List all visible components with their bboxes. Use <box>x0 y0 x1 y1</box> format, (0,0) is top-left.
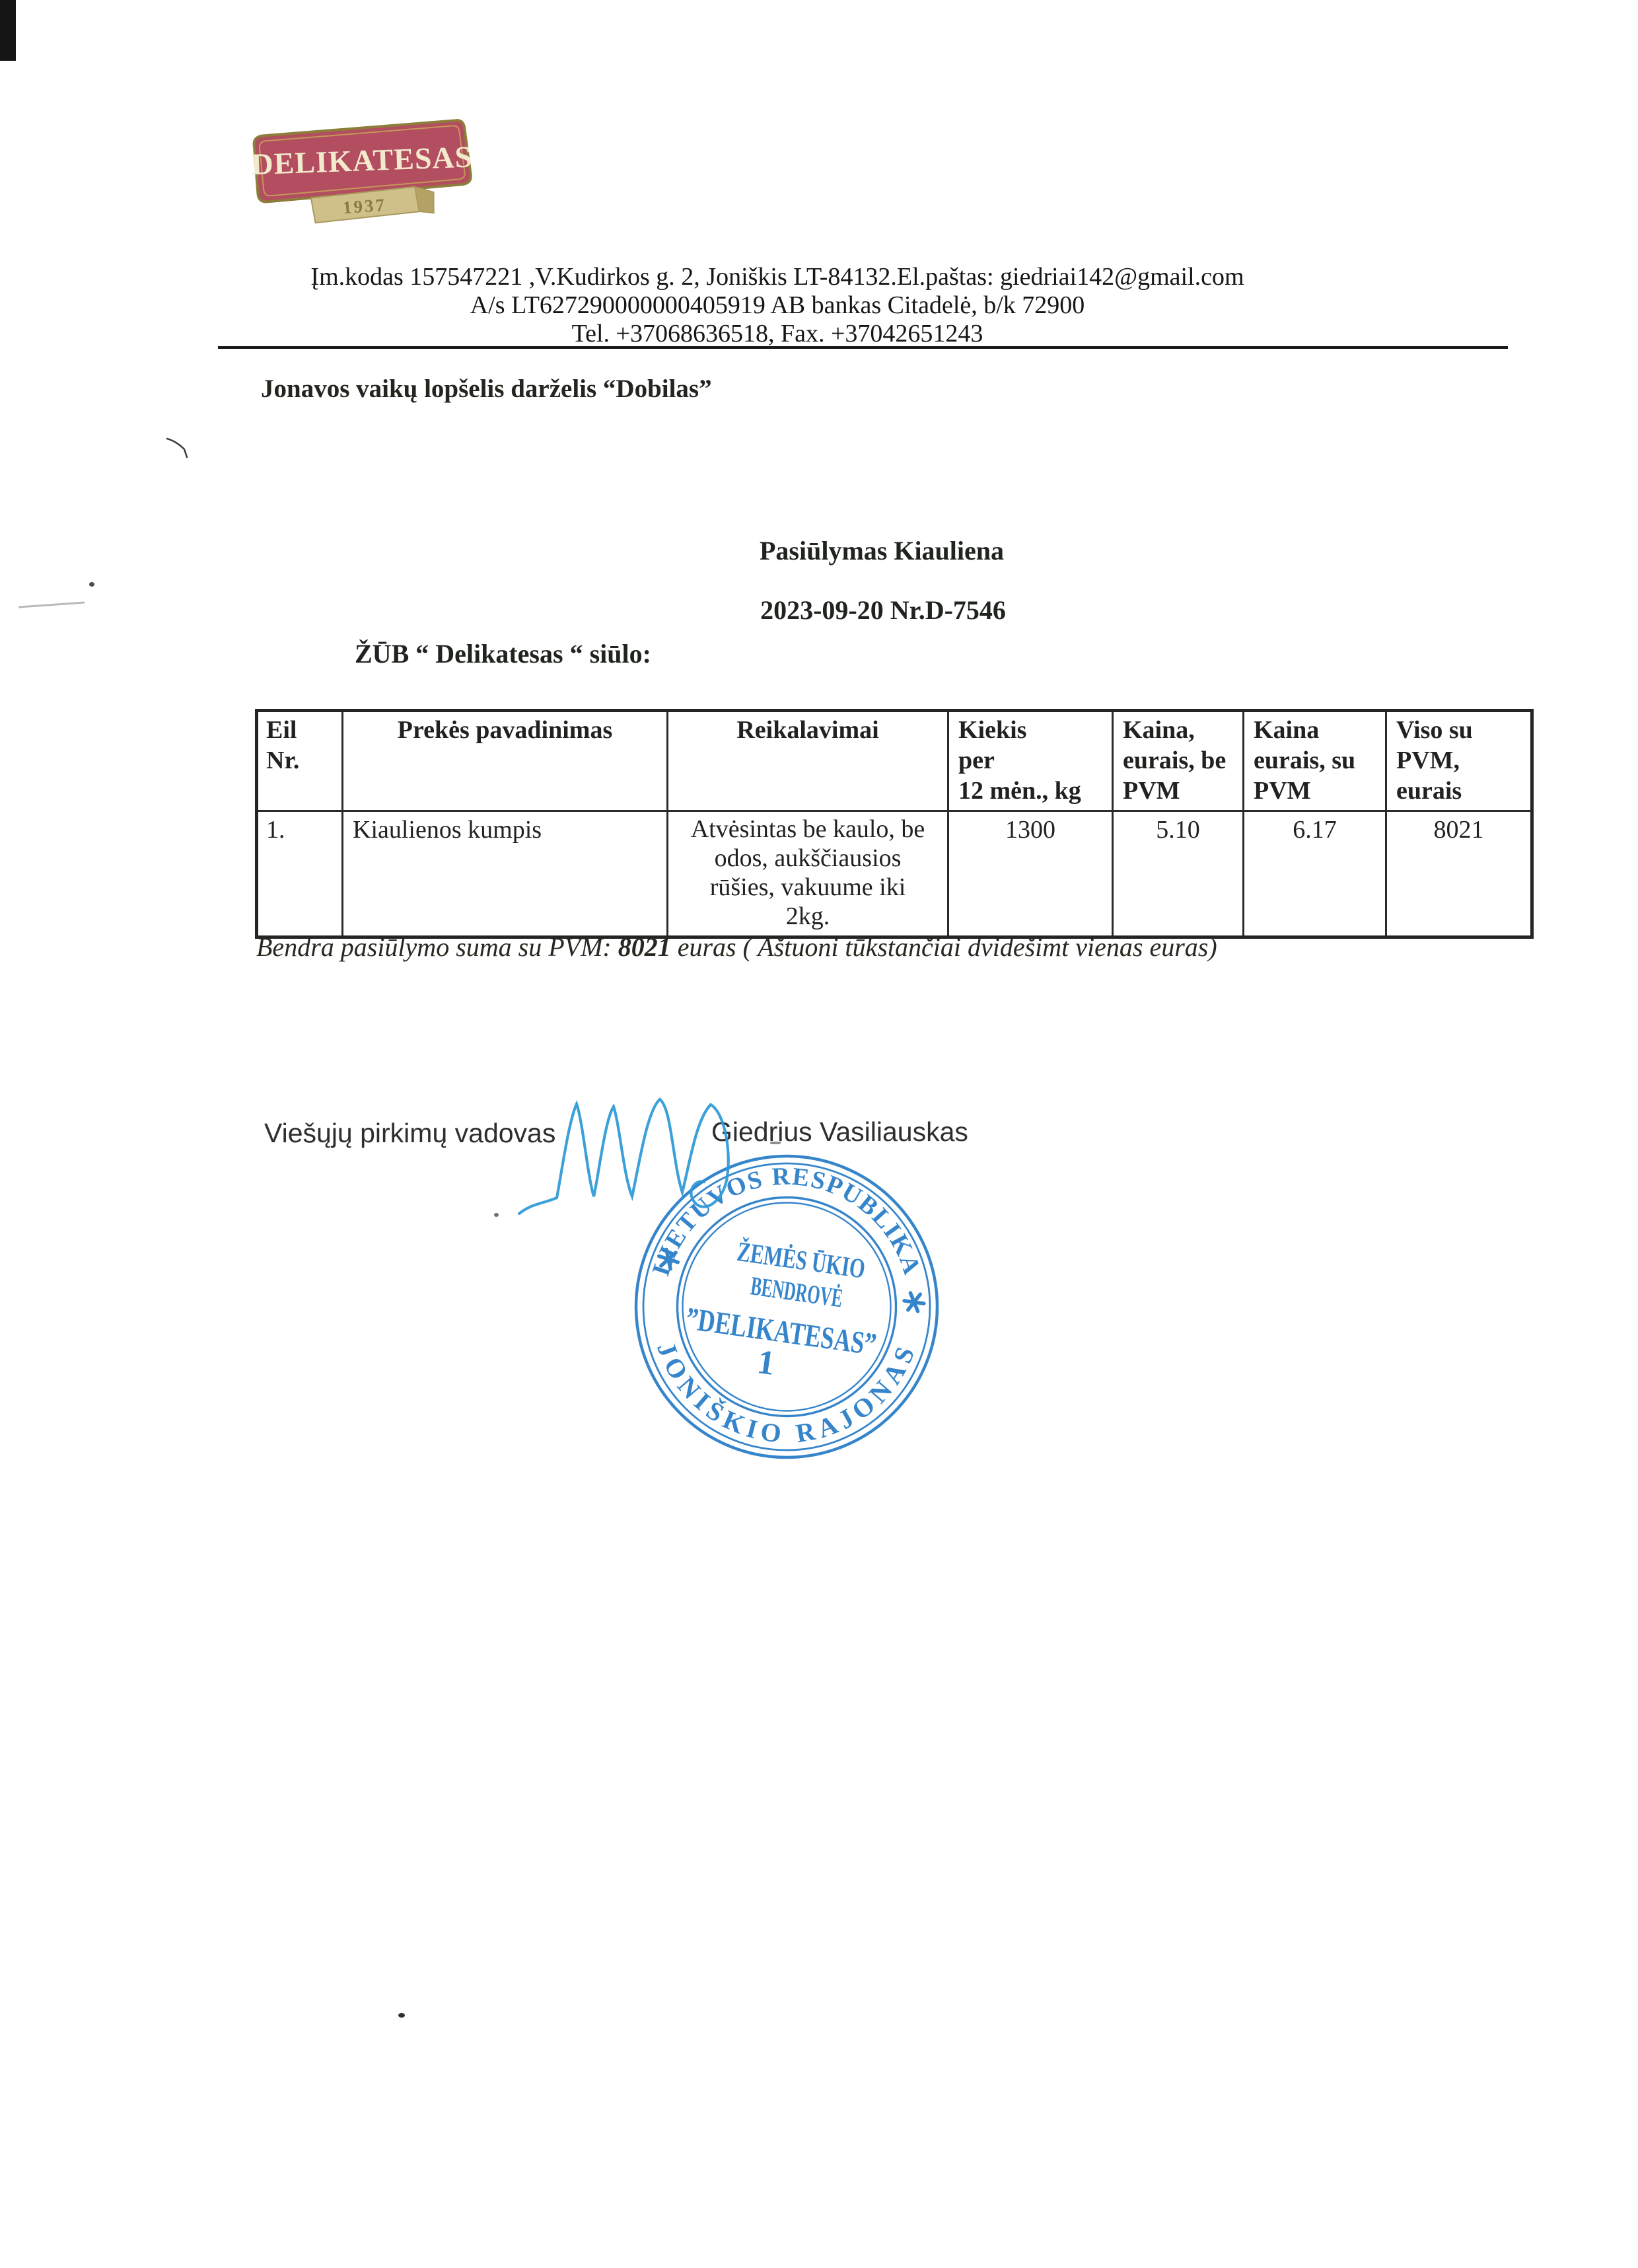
scan-dot-artifact <box>89 582 94 587</box>
contact-line-3: Tel. +37068636518, Fax. +37042651243 <box>310 320 1244 348</box>
pen-tick-artifact <box>162 431 201 464</box>
offer-table: Eil Nr. Prekės pavadinimas Reikalavimai … <box>255 709 1534 939</box>
header-cell-total: Viso su PVM, eurais <box>1386 711 1532 811</box>
cell-price-with-vat: 6.17 <box>1244 811 1386 937</box>
header-cell-quantity: Kiekis per 12 mėn., kg <box>948 711 1113 811</box>
cell-price-no-vat: 5.10 <box>1113 811 1244 937</box>
scan-mark-corner <box>0 0 16 61</box>
header-cell-eil-nr: Eil Nr. <box>257 711 343 811</box>
bottom-dot-artifact <box>398 2013 405 2018</box>
document-page: DELIKATESAS 1937 Įm.kodas 157547221 ,V.K… <box>0 0 1638 2268</box>
cell-total: 8021 <box>1386 811 1532 937</box>
stray-dot-artifact <box>494 1213 499 1217</box>
stamp-arc-bottom-text: JONIŠKIO RAJONAS <box>651 1338 922 1449</box>
stamp-line4: 1 <box>755 1343 777 1383</box>
summary-prefix: Bendra pasiūlymo suma su PVM: <box>256 932 618 962</box>
summary-amount: 8021 <box>618 932 671 962</box>
header-cell-price-no-vat: Kaina, eurais, be PVM <box>1113 711 1244 811</box>
summary-line: Bendra pasiūlymo suma su PVM: 8021 euras… <box>256 932 1217 963</box>
cell-requirements: Atvėsintas be kaulo, be odos, aukščiausi… <box>668 811 948 937</box>
logo-year-text: 1937 <box>342 195 387 218</box>
recipient-line: Jonavos vaikų lopšelis darželis “Dobilas… <box>261 374 712 404</box>
contact-line-2: A/s LT627290000000405919 AB bankas Citad… <box>310 291 1244 320</box>
cell-product: Kiaulienos kumpis <box>343 811 668 937</box>
scan-dash-artifact <box>18 602 85 608</box>
intro-line: ŽŪB “ Delikatesas “ siūlo: <box>355 638 651 669</box>
brand-logo: DELIKATESAS 1937 <box>246 118 490 230</box>
document-number: 2023-09-20 Nr.D-7546 <box>760 595 1006 626</box>
header-cell-requirements: Reikalavimai <box>668 711 948 811</box>
table-header-row: Eil Nr. Prekės pavadinimas Reikalavimai … <box>257 711 1532 811</box>
header-cell-product: Prekės pavadinimas <box>343 711 668 811</box>
header-divider-line <box>218 346 1508 349</box>
header-cell-price-with-vat: Kaina eurais, su PVM <box>1244 711 1386 811</box>
company-contact-block: Įm.kodas 157547221 ,V.Kudirkos g. 2, Jon… <box>310 263 1244 348</box>
stamp-star-right <box>903 1292 925 1312</box>
cell-nr: 1. <box>257 811 343 937</box>
table-data-row: 1. Kiaulienos kumpis Atvėsintas be kaulo… <box>257 811 1532 937</box>
document-title: Pasiūlymas Kiauliena <box>760 535 1004 566</box>
summary-suffix: euras ( Aštuoni tūkstančiai dvidešimt vi… <box>671 932 1217 962</box>
contact-line-1: Įm.kodas 157547221 ,V.Kudirkos g. 2, Jon… <box>310 263 1244 291</box>
signature-scribble <box>509 1074 773 1245</box>
stamp-line3: ”DELIKATESAS” <box>684 1301 878 1362</box>
cell-quantity: 1300 <box>948 811 1113 937</box>
